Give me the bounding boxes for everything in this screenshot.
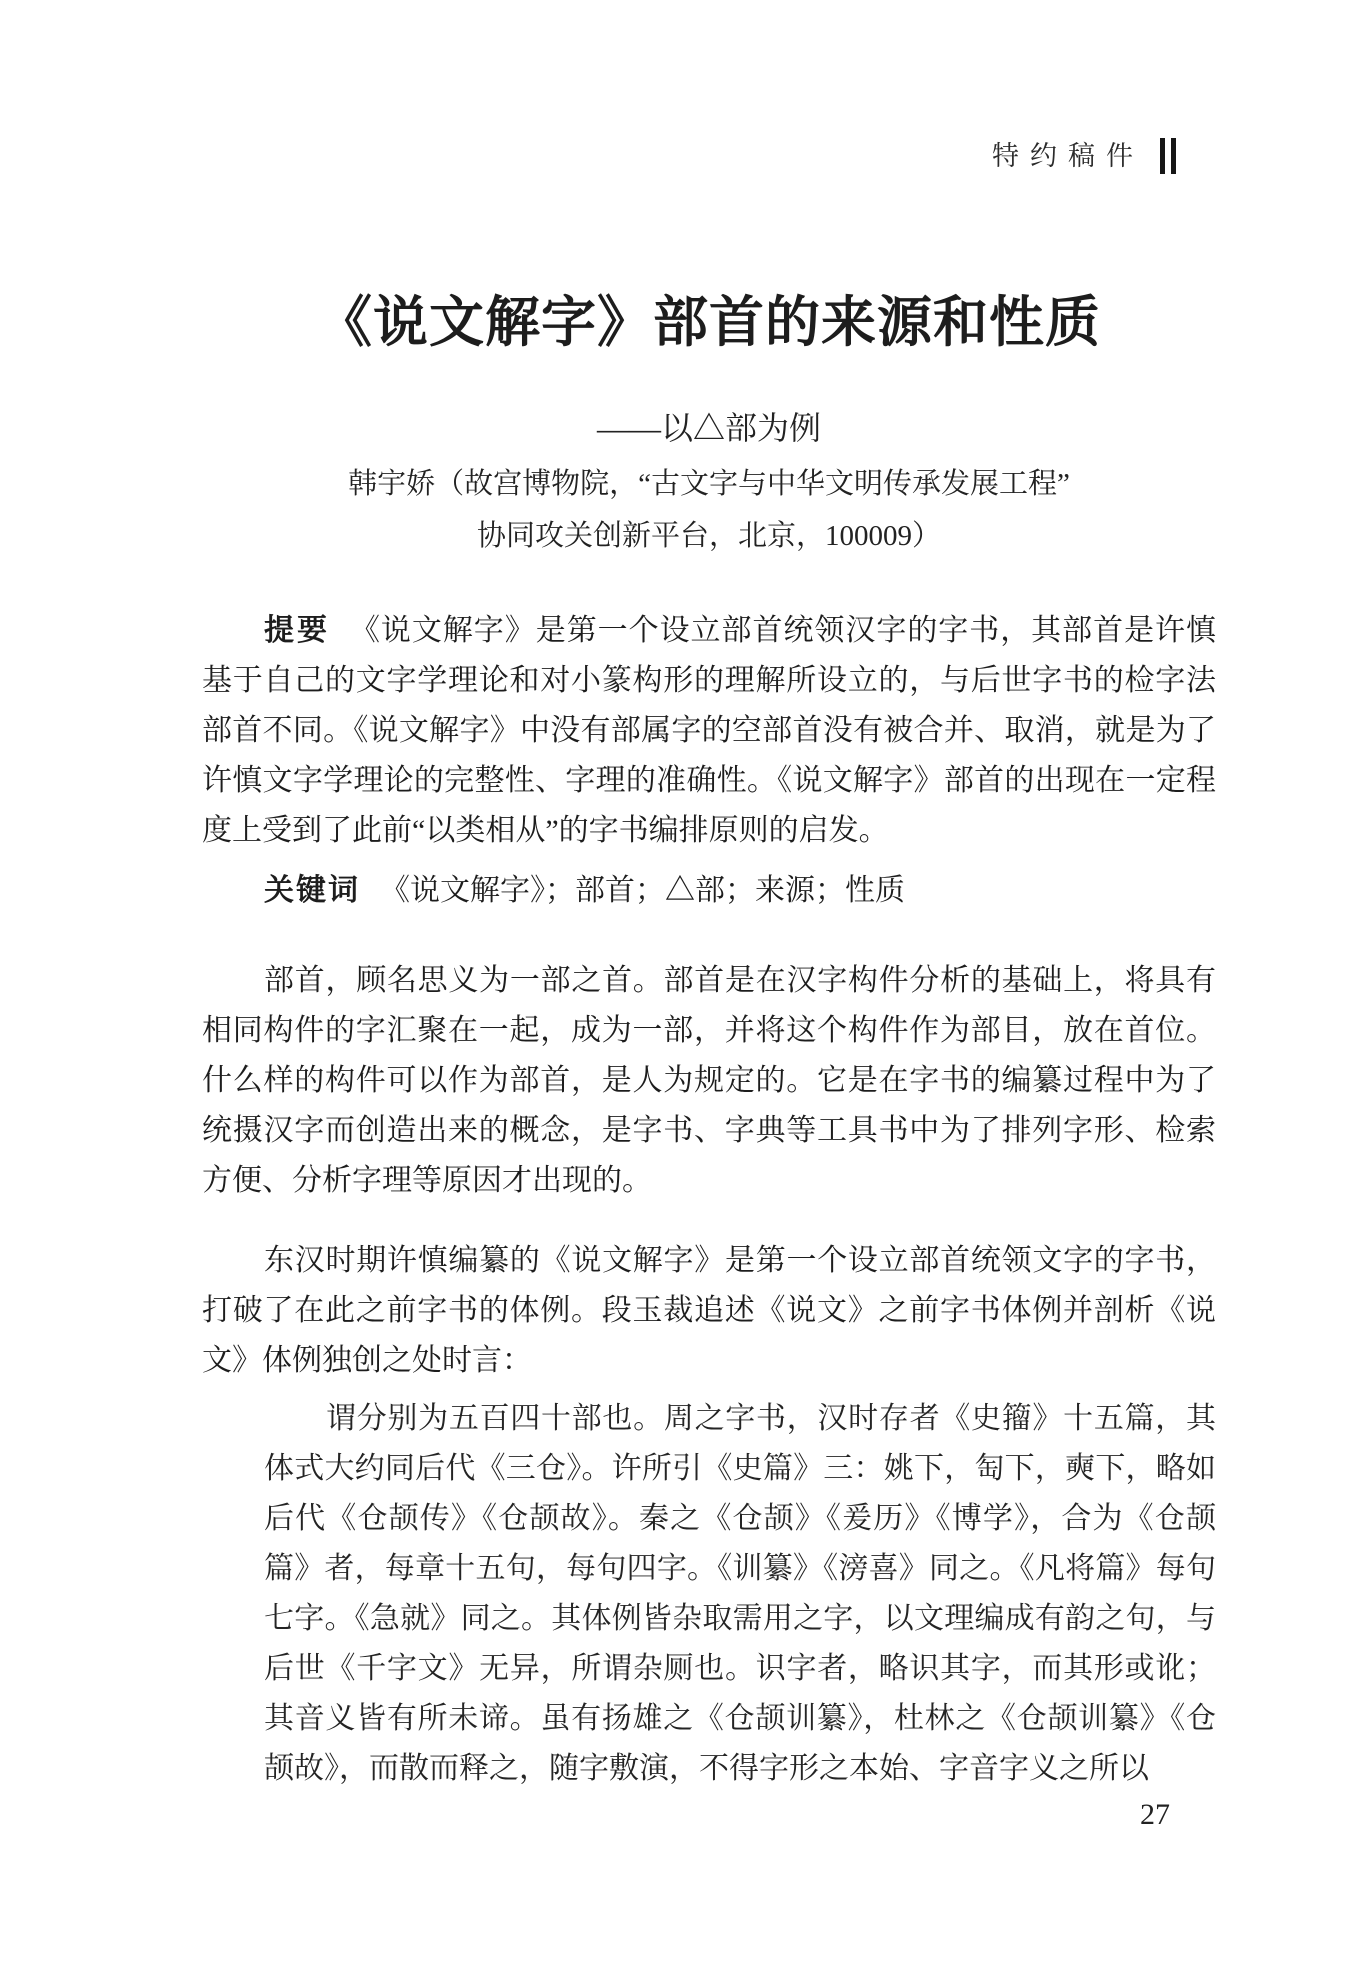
keywords-text: 《说文解字》；部首；△部；来源；性质 — [380, 874, 905, 907]
keywords-label: 关键词 — [264, 874, 360, 907]
author-affiliation-line1: 韩宇娇（故宫博物院，“古文字与中华文明传承发展工程” — [202, 458, 1216, 510]
column-label: 特约稿件 — [992, 138, 1144, 174]
abstract: 提要《说文解字》是第一个设立部首统领汉字的字书，其部首是许慎基于自己的文字学理论… — [202, 606, 1216, 856]
article-title: 《说文解字》部首的来源和性质 — [202, 288, 1216, 358]
keywords: 关键词《说文解字》；部首；△部；来源；性质 — [202, 866, 1216, 916]
journal-page: 特约稿件 《说文解字》部首的来源和性质 ——以△部为例 韩宇娇（故宫博物院，“古… — [0, 0, 1368, 1973]
abstract-text: 《说文解字》是第一个设立部首统领汉字的字书，其部首是许慎基于自己的文字学理论和对… — [202, 614, 1216, 847]
column-header: 特约稿件 — [992, 138, 1176, 174]
author-affiliation-line2: 协同攻关创新平台，北京，100009） — [202, 510, 1216, 562]
article-subtitle: ——以△部为例 — [202, 406, 1216, 450]
page-number: 27 — [1140, 1798, 1170, 1832]
body-paragraph-2: 东汉时期许慎编纂的《说文解字》是第一个设立部首统领文字的字书，打破了在此之前字书… — [202, 1236, 1216, 1386]
double-bar-icon — [1160, 138, 1176, 174]
abstract-label: 提要 — [264, 614, 330, 647]
title-block: 《说文解字》部首的来源和性质 ——以△部为例 韩宇娇（故宫博物院，“古文字与中华… — [202, 288, 1216, 562]
body-paragraph-1: 部首，顾名思义为一部之首。部首是在汉字构件分析的基础上，将具有相同构件的字汇聚在… — [202, 956, 1216, 1206]
article-body: 部首，顾名思义为一部之首。部首是在汉字构件分析的基础上，将具有相同构件的字汇聚在… — [202, 956, 1216, 1794]
block-quote: 谓分别为五百四十部也。周之字书，汉时存者《史籀》十五篇，其体式大约同后代《三仓》… — [264, 1394, 1216, 1794]
author-affiliation: 韩宇娇（故宫博物院，“古文字与中华文明传承发展工程” 协同攻关创新平台，北京，1… — [202, 458, 1216, 562]
